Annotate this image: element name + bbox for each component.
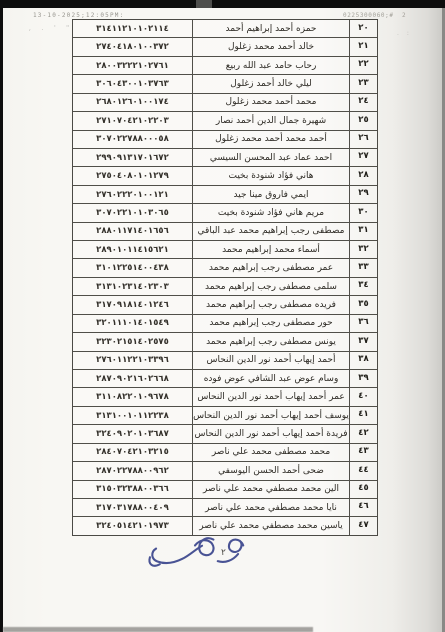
student-name-cell: نايا محمد مصطفي محمد علي ناصر: [193, 499, 350, 516]
national-id-cell: ٢٨٩٠١٠١١٤١٥٦٢١: [73, 241, 193, 258]
national-id-cell: ٣١٠١٢٢٥١٤٠٠٤٣٨: [73, 259, 193, 276]
row-number-cell: ٤٧: [350, 517, 377, 534]
student-name-cell: أحمد محمد أحمد محمد زغلول: [193, 131, 350, 148]
national-id-cell: ٣١٧٠٣١٧٨٨٠٠٤٠٩: [73, 499, 193, 516]
row-number-cell: ٣٧: [350, 333, 377, 350]
table-row: ٣١١٠٨٢٢٠١٠٩٦٧٨ عمر أحمد إيهاب أحمد نور ا…: [73, 388, 377, 406]
national-id-cell: ٢٩٩٠٩١٣١٧٠١٦٧٢: [73, 149, 193, 166]
row-number-cell: ٢٠: [350, 20, 377, 37]
national-id-cell: ٣٢٠١١١٠١٤٠١٥٤٩: [73, 315, 193, 332]
student-name-cell: يوسف أحمد إيهاب أحمد نور الدين النحاس: [193, 407, 350, 424]
table-row: ٢٨٨٠١١٧١٤٠١٦٥٦ مصطفى رجب إبراهيم محمد عب…: [73, 223, 377, 241]
page-number: ٢: [221, 548, 226, 558]
row-number-cell: ٣٣: [350, 259, 377, 276]
row-number-cell: ٤٣: [350, 444, 377, 461]
row-number-cell: ٣٤: [350, 278, 377, 295]
table-row: ٢٨٠٠٣٢٢٢١٠٢٧٦١ رحاب حامد عبد الله ربيع ٢…: [73, 57, 377, 75]
table-row: ٣١٣١٠٢٣١٤٠٢٣٠٣ سلمى مصطفى رجب إبراهيم مح…: [73, 278, 377, 296]
row-number-cell: ٢١: [350, 38, 377, 55]
row-number-cell: ٤٢: [350, 425, 377, 442]
national-id-cell: ٣١٣١٠٢٣١٤٠٢٣٠٣: [73, 278, 193, 295]
national-id-cell: ٢٨٠٠٣٢٢٢١٠٢٧٦١: [73, 57, 193, 74]
national-id-cell: ٢٨٤٠٧٠٤٢١٠٣٢١٥: [73, 444, 193, 461]
student-name-cell: شهيرة جمال الدين أحمد نصار: [193, 112, 350, 129]
student-name-cell: محمد مصطفى محمد علي ناصر: [193, 444, 350, 461]
table-row: ٣٢٠١١١٠١٤٠١٥٤٩ حور مصطفى رجب إبراهيم محم…: [73, 315, 377, 333]
pencil-marks: , . ' ": [29, 24, 73, 32]
signature-scribble: [143, 524, 258, 585]
national-id-cell: ٣٠٧٠٢٢٧٨٨٠٠٠٥٨: [73, 131, 193, 148]
row-number-cell: ٤٥: [350, 481, 377, 498]
edge-marks: . :: [397, 30, 412, 37]
row-number-cell: ٣١: [350, 223, 377, 240]
row-number-cell: ٢٢: [350, 57, 377, 74]
table-row: ٣١٧٠٩١٨١٤٠١٢٤٦ فريده مصطفى رجب إبراهيم م…: [73, 296, 377, 314]
national-id-cell: ٢٧٥٠٤٠٨٠١٠١٢٧٩: [73, 167, 193, 184]
table-row: ٣٢٤٠٩٠٢٠١٠٣٦٨٧ فريدة أحمد إيهاب أحمد نور…: [73, 425, 377, 443]
row-number-cell: ٣٠: [350, 204, 377, 221]
student-name-cell: يونس مصطفى رجب إبراهيم محمد: [193, 333, 350, 350]
student-name-cell: ضحى أحمد الحسن اليوسفي: [193, 462, 350, 479]
student-name-cell: رحاب حامد عبد الله ربيع: [193, 57, 350, 74]
national-id-cell: ٣٠٦٠٤٣٠٠١٠٣٧٦٣: [73, 75, 193, 92]
student-name-cell: عمر مصطفى رجب إبراهيم محمد: [193, 259, 350, 276]
roster-table: ٣١٤١١٢١٠١٠٢١١٤ حمزه أحمد إبراهيم أحمد ٢٠…: [72, 19, 378, 536]
row-number-cell: ٢٤: [350, 94, 377, 111]
fax-timestamp: 13-10-2025;12:05PM:: [33, 12, 124, 19]
national-id-cell: ٢٧٤٠٤١٨٠١٠٠٣٧٢: [73, 38, 193, 55]
table-row: ٣١٣١٠٠١٠١١٢٢٣٨ يوسف أحمد إيهاب أحمد نور …: [73, 407, 377, 425]
student-name-cell: فريده مصطفى رجب إبراهيم محمد: [193, 296, 350, 313]
row-number-cell: ٣٩: [350, 370, 377, 387]
table-row: ٣٢٣٠٢١٥١٤٠٢٥٧٥ يونس مصطفى رجب إبراهيم مح…: [73, 333, 377, 351]
table-row: ٣٠٦٠٤٣٠٠١٠٣٧٦٣ ليلي خالد أحمد زغلول ٢٣: [73, 75, 377, 93]
row-number-cell: ٢٨: [350, 167, 377, 184]
national-id-cell: ٢٧١٠٧٠٤٢١٠٢٢٠٣: [73, 112, 193, 129]
row-number-cell: ٢٩: [350, 186, 377, 203]
table-row: ٣١٠١٢٢٥١٤٠٠٤٣٨ عمر مصطفى رجب إبراهيم محم…: [73, 259, 377, 277]
row-number-cell: ٢٥: [350, 112, 377, 129]
national-id-cell: ٢٧٦٠٢٢٢٠١٠٠١٢١: [73, 186, 193, 203]
scan-edge-notch: [196, 0, 212, 8]
national-id-cell: ٣٢٤٠٩٠٢٠١٠٣٦٨٧: [73, 425, 193, 442]
row-number-cell: ٣٦: [350, 315, 377, 332]
student-name-cell: احمد عماد عبد المحسن السيسي: [193, 149, 350, 166]
student-name-cell: حور مصطفى رجب إبراهيم محمد: [193, 315, 350, 332]
table-row: ٢٨٧٠٩٠٢١٦٠٢٦٦٨ وسام عوض عبد الشافي عوض ف…: [73, 370, 377, 388]
table-row: ٢٧٦٠١١٢٢١٠٣٣٩٦ أحمد إيهاب أحمد نور الدين…: [73, 352, 377, 370]
table-row: ٣١٧٠٣١٧٨٨٠٠٤٠٩ نايا محمد مصطفي محمد علي …: [73, 499, 377, 517]
row-number-cell: ٤٤: [350, 462, 377, 479]
student-name-cell: ايمي فاروق مينا جيد: [193, 186, 350, 203]
row-number-cell: ٣٨: [350, 352, 377, 369]
national-id-cell: ٢٨٧٠٩٠٢١٦٠٢٦٦٨: [73, 370, 193, 387]
student-name-cell: خالد أحمد محمد زغلول: [193, 38, 350, 55]
national-id-cell: ٢٨٧٠٢٢٧٨٨٠٠٩٦٢: [73, 462, 193, 479]
student-name-cell: أسماء محمد إبراهيم محمد: [193, 241, 350, 258]
table-row: ٢٨٧٠٢٢٧٨٨٠٠٩٦٢ ضحى أحمد الحسن اليوسفي ٤٤: [73, 462, 377, 480]
row-number-cell: ٤٠: [350, 388, 377, 405]
student-name-cell: عمر أحمد إيهاب أحمد نور الدين النحاس: [193, 388, 350, 405]
student-name-cell: مريم هاني فؤاد شنودة بخيت: [193, 204, 350, 221]
student-name-cell: حمزه أحمد إبراهيم أحمد: [193, 20, 350, 37]
row-number-cell: ٢٦: [350, 131, 377, 148]
student-name-cell: فريدة أحمد إيهاب أحمد نور الدين النحاس: [193, 425, 350, 442]
table-row: ٢٧١٠٧٠٤٢١٠٢٢٠٣ شهيرة جمال الدين أحمد نصا…: [73, 112, 377, 130]
table-row: ٢٦٨٠١٢٦٠١٠٠١٧٤ محمد أحمد محمد زغلول ٢٤: [73, 94, 377, 112]
fax-station-id: 0225300060;# 2: [343, 12, 406, 19]
student-name-cell: الين محمد مصطفي محمد علي ناصر: [193, 481, 350, 498]
student-name-cell: مصطفى رجب إبراهيم محمد عبد الباقي: [193, 223, 350, 240]
table-row: ٢٨٩٠١٠١١٤١٥٦٢١ أسماء محمد إبراهيم محمد ٣…: [73, 241, 377, 259]
national-id-cell: ٢٨٨٠١١٧١٤٠١٦٥٦: [73, 223, 193, 240]
student-name-cell: أحمد إيهاب أحمد نور الدين النحاس: [193, 352, 350, 369]
student-name-cell: ليلي خالد أحمد زغلول: [193, 75, 350, 92]
row-number-cell: ٤١: [350, 407, 377, 424]
national-id-cell: ٣١١٠٨٢٢٠١٠٩٦٧٨: [73, 388, 193, 405]
table-row: ٢٧٥٠٤٠٨٠١٠١٢٧٩ هاني فؤاد شنودة بخيت ٢٨: [73, 167, 377, 185]
table-row: ٣٠٧٠٢٢١٠١٠٣٠٦٥ مريم هاني فؤاد شنودة بخيت…: [73, 204, 377, 222]
national-id-cell: ٢٦٨٠١٢٦٠١٠٠١٧٤: [73, 94, 193, 111]
row-number-cell: ٤٦: [350, 499, 377, 516]
row-number-cell: ٣٥: [350, 296, 377, 313]
row-number-cell: ٣٢: [350, 241, 377, 258]
national-id-cell: ٣١٤١١٢١٠١٠٢١١٤: [73, 20, 193, 37]
national-id-cell: ٣١٥٠٣٢٣٨٨٠٠٣٦٦: [73, 481, 193, 498]
student-name-cell: هاني فؤاد شنودة بخيت: [193, 167, 350, 184]
row-number-cell: ٢٣: [350, 75, 377, 92]
national-id-cell: ٢٧٦٠١١٢٢١٠٣٣٩٦: [73, 352, 193, 369]
national-id-cell: ٣١٧٠٩١٨١٤٠١٢٤٦: [73, 296, 193, 313]
national-id-cell: ٣١٣١٠٠١٠١١٢٢٣٨: [73, 407, 193, 424]
table-row: ٢٨٤٠٧٠٤٢١٠٣٢١٥ محمد مصطفى محمد علي ناصر …: [73, 444, 377, 462]
table-row: ٣٠٧٠٢٢٧٨٨٠٠٠٥٨ أحمد محمد أحمد محمد زغلول…: [73, 131, 377, 149]
table-row: ٢٧٤٠٤١٨٠١٠٠٣٧٢ خالد أحمد محمد زغلول ٢١: [73, 38, 377, 56]
student-name-cell: محمد أحمد محمد زغلول: [193, 94, 350, 111]
table-row: ٢٧٦٠٢٢٢٠١٠٠١٢١ ايمي فاروق مينا جيد ٢٩: [73, 186, 377, 204]
national-id-cell: ٣٢٣٠٢١٥١٤٠٢٥٧٥: [73, 333, 193, 350]
scanned-fax-page: 13-10-2025;12:05PM: 0225300060;# 2 , . '…: [0, 0, 445, 632]
student-name-cell: وسام عوض عبد الشافي عوض فوده: [193, 370, 350, 387]
national-id-cell: ٣٠٧٠٢٢١٠١٠٣٠٦٥: [73, 204, 193, 221]
table-row: ٣١٥٠٣٢٣٨٨٠٠٣٦٦ الين محمد مصطفي محمد علي …: [73, 481, 377, 499]
table-row: ٢٩٩٠٩١٣١٧٠١٦٧٢ احمد عماد عبد المحسن السي…: [73, 149, 377, 167]
row-number-cell: ٢٧: [350, 149, 377, 166]
student-name-cell: سلمى مصطفى رجب إبراهيم محمد: [193, 278, 350, 295]
table-row: ٣١٤١١٢١٠١٠٢١١٤ حمزه أحمد إبراهيم أحمد ٢٠: [73, 20, 377, 38]
paper-sheet: 13-10-2025;12:05PM: 0225300060;# 2 , . '…: [3, 8, 445, 632]
